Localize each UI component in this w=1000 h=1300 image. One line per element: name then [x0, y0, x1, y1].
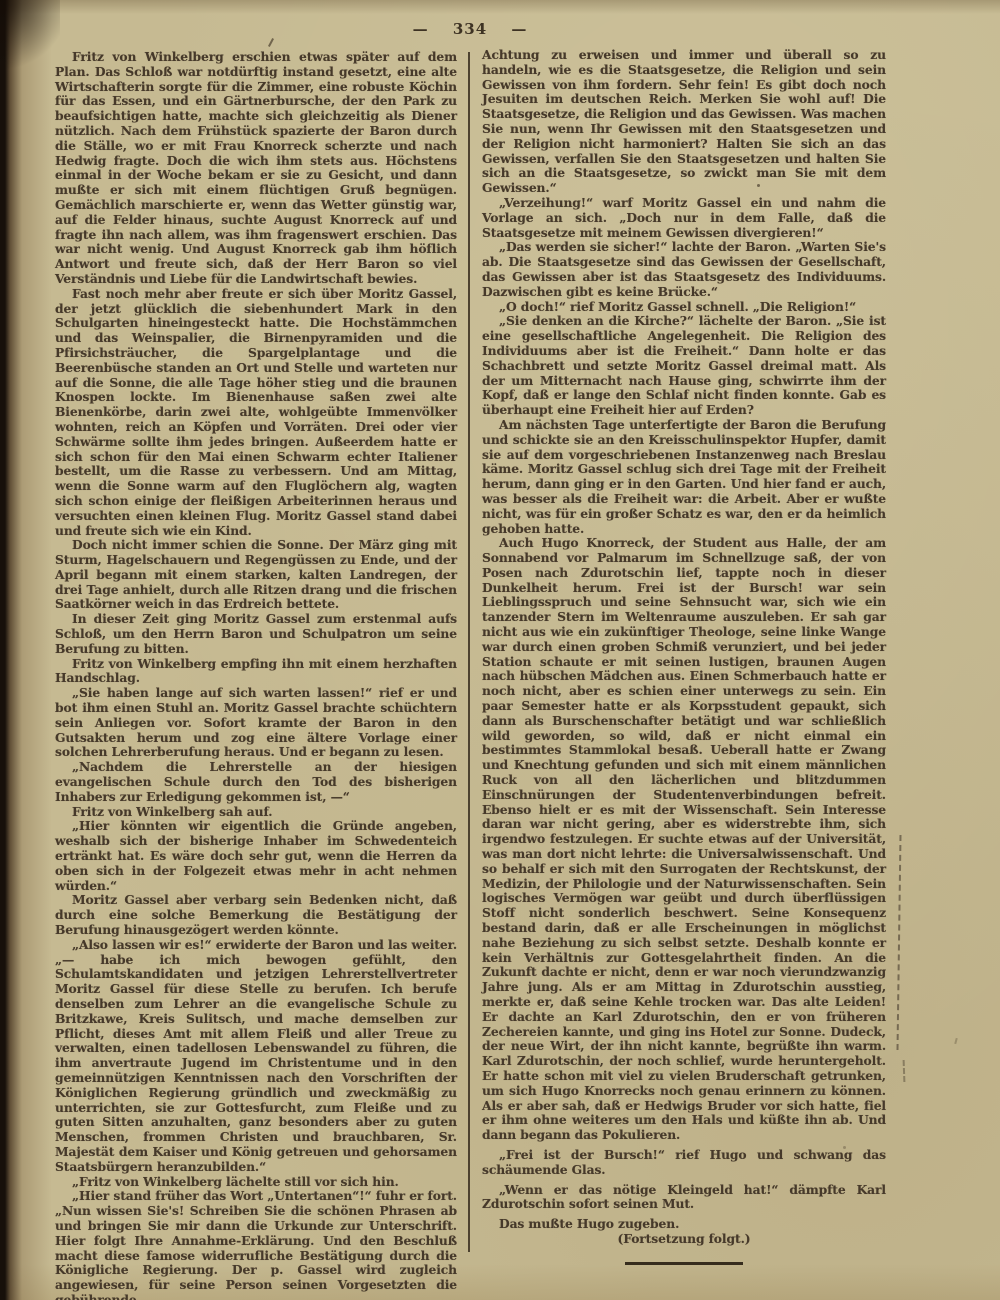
paragraph: „Das werden sie sicher!“ lachte der Baro…	[482, 240, 886, 299]
scanned-book-page: — 334 — Fritz von Winkelberg erschien et…	[0, 0, 1000, 1300]
margin-pencil-mark	[903, 1060, 906, 1082]
right-column: Achtung zu erweisen und immer und überal…	[482, 48, 886, 1265]
paragraph: „Verzeihung!“ warf Moritz Gassel ein und…	[482, 196, 886, 240]
paragraph: „Fritz von Winkelberg lächelte still vor…	[55, 1175, 457, 1190]
paragraph: Fritz von Winkelberg empfing ihn mit ein…	[55, 657, 457, 687]
paragraph: „Hier könnten wir eigentlich die Gründe …	[55, 819, 457, 893]
paragraph: Fast noch mehr aber freute er sich über …	[55, 287, 457, 539]
paragraph: Fritz von Winkelberg erschien etwas spät…	[55, 50, 457, 287]
margin-pencil-mark	[896, 835, 901, 1050]
paragraph: „Wenn er das nötige Kleingeld hat!“ dämp…	[482, 1183, 886, 1213]
continuation-notice: (Fortsetzung folgt.)	[482, 1232, 886, 1247]
paragraph: Moritz Gassel aber verbarg sein Bedenken…	[55, 893, 457, 937]
paragraph: „Sie denken an die Kirche?“ lächelte der…	[482, 314, 886, 418]
column-divider	[468, 52, 470, 1252]
paragraph: Fritz von Winkelberg sah auf.	[55, 805, 457, 820]
paragraph: „Also lassen wir es!“ erwiderte der Baro…	[55, 938, 457, 1175]
paragraph: „O doch!“ rief Moritz Gassel schnell. „D…	[482, 300, 886, 315]
paragraph: „Frei ist der Bursch!“ rief Hugo und sch…	[482, 1148, 886, 1178]
ink-speck	[268, 38, 274, 47]
end-rule	[625, 1262, 743, 1265]
paragraph: „Nachdem die Lehrerstelle an der hiesige…	[55, 760, 457, 804]
paragraph: Auch Hugo Knorreck, der Student aus Hall…	[482, 536, 886, 1143]
paragraph: Das mußte Hugo zugeben.	[482, 1217, 886, 1232]
left-column: Fritz von Winkelberg erschien etwas spät…	[55, 50, 457, 1300]
paragraph: Am nächsten Tage unterfertigte der Baron…	[482, 418, 886, 536]
binding-shadow	[0, 0, 60, 1300]
page-number: — 334 —	[55, 20, 885, 38]
paragraph: Achtung zu erweisen und immer und überal…	[482, 48, 886, 196]
ink-speck	[954, 1038, 957, 1044]
paragraph: In dieser Zeit ging Moritz Gassel zum er…	[55, 612, 457, 656]
paragraph: „Hier stand früher das Wort „Untertanen“…	[55, 1189, 457, 1300]
paragraph: Doch nicht immer schien die Sonne. Der M…	[55, 538, 457, 612]
paragraph: „Sie haben lange auf sich warten lassen!…	[55, 686, 457, 760]
